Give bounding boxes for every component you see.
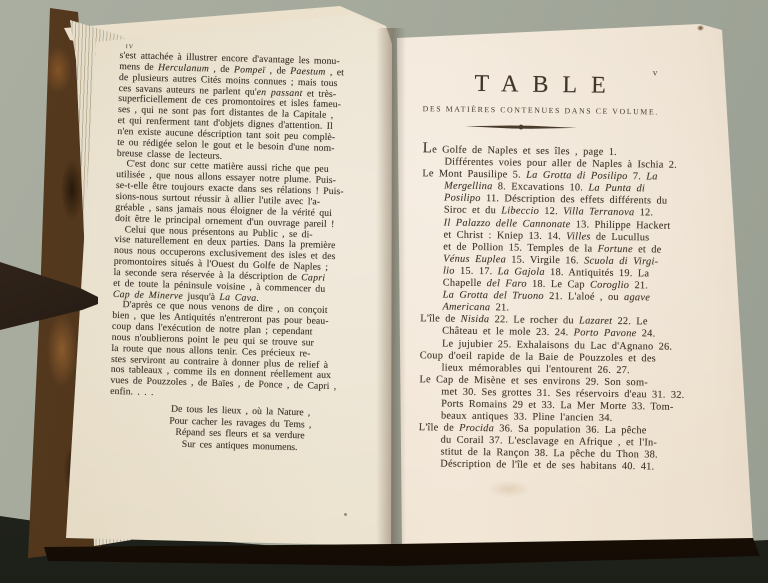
gutter-shadow [376, 28, 406, 550]
toc-entry: Le Cap de Misène et ses environs 29. Son… [419, 374, 712, 426]
table-subtitle: Des matières contenues dans ce volume. [407, 104, 672, 117]
paragraph: Celui que nous présentons au Public , se… [113, 224, 377, 307]
verse-quotation: De tous les lieux , où la Nature , Pour … [109, 402, 372, 456]
toc-entry: Le Mont Pausilipe 5. La Grotta di Posili… [420, 168, 714, 317]
toc-entries: Le Golfe de Naples et ses îles , page 1.… [418, 142, 715, 475]
paragraph: s'est attachée à illustrer encore d'avan… [117, 51, 382, 167]
paper-stain [486, 480, 532, 498]
toc-entry: L'île de Nisida 22. Le rocher du Lazaret… [420, 314, 712, 354]
paragraph: C'est donc sur cette matière aussi riche… [115, 159, 379, 231]
left-page-body: s'est attachée à illustrer encore d'avan… [110, 51, 382, 405]
left-page-text-block: iv s'est attachée à illustrer encore d'a… [109, 40, 382, 456]
foxing-spot [344, 513, 347, 516]
foxing-spot [697, 25, 704, 31]
toc-entry: L'île de Procida 36. Sa population 36. L… [418, 422, 711, 474]
paragraph: D'après ce que nous venons de dire , on … [110, 300, 375, 405]
toc-entry: Le Golfe de Naples et ses îles , page 1.… [422, 142, 714, 172]
right-page-text-block: v TABLE Des matières contenues dans ce v… [402, 56, 728, 475]
tapered-rule-ornament-icon [465, 122, 577, 133]
right-page-number: v [653, 67, 658, 77]
table-title: TABLE [407, 70, 672, 101]
photo-of-open-book: iv s'est attachée à illustrer encore d'a… [0, 0, 768, 583]
